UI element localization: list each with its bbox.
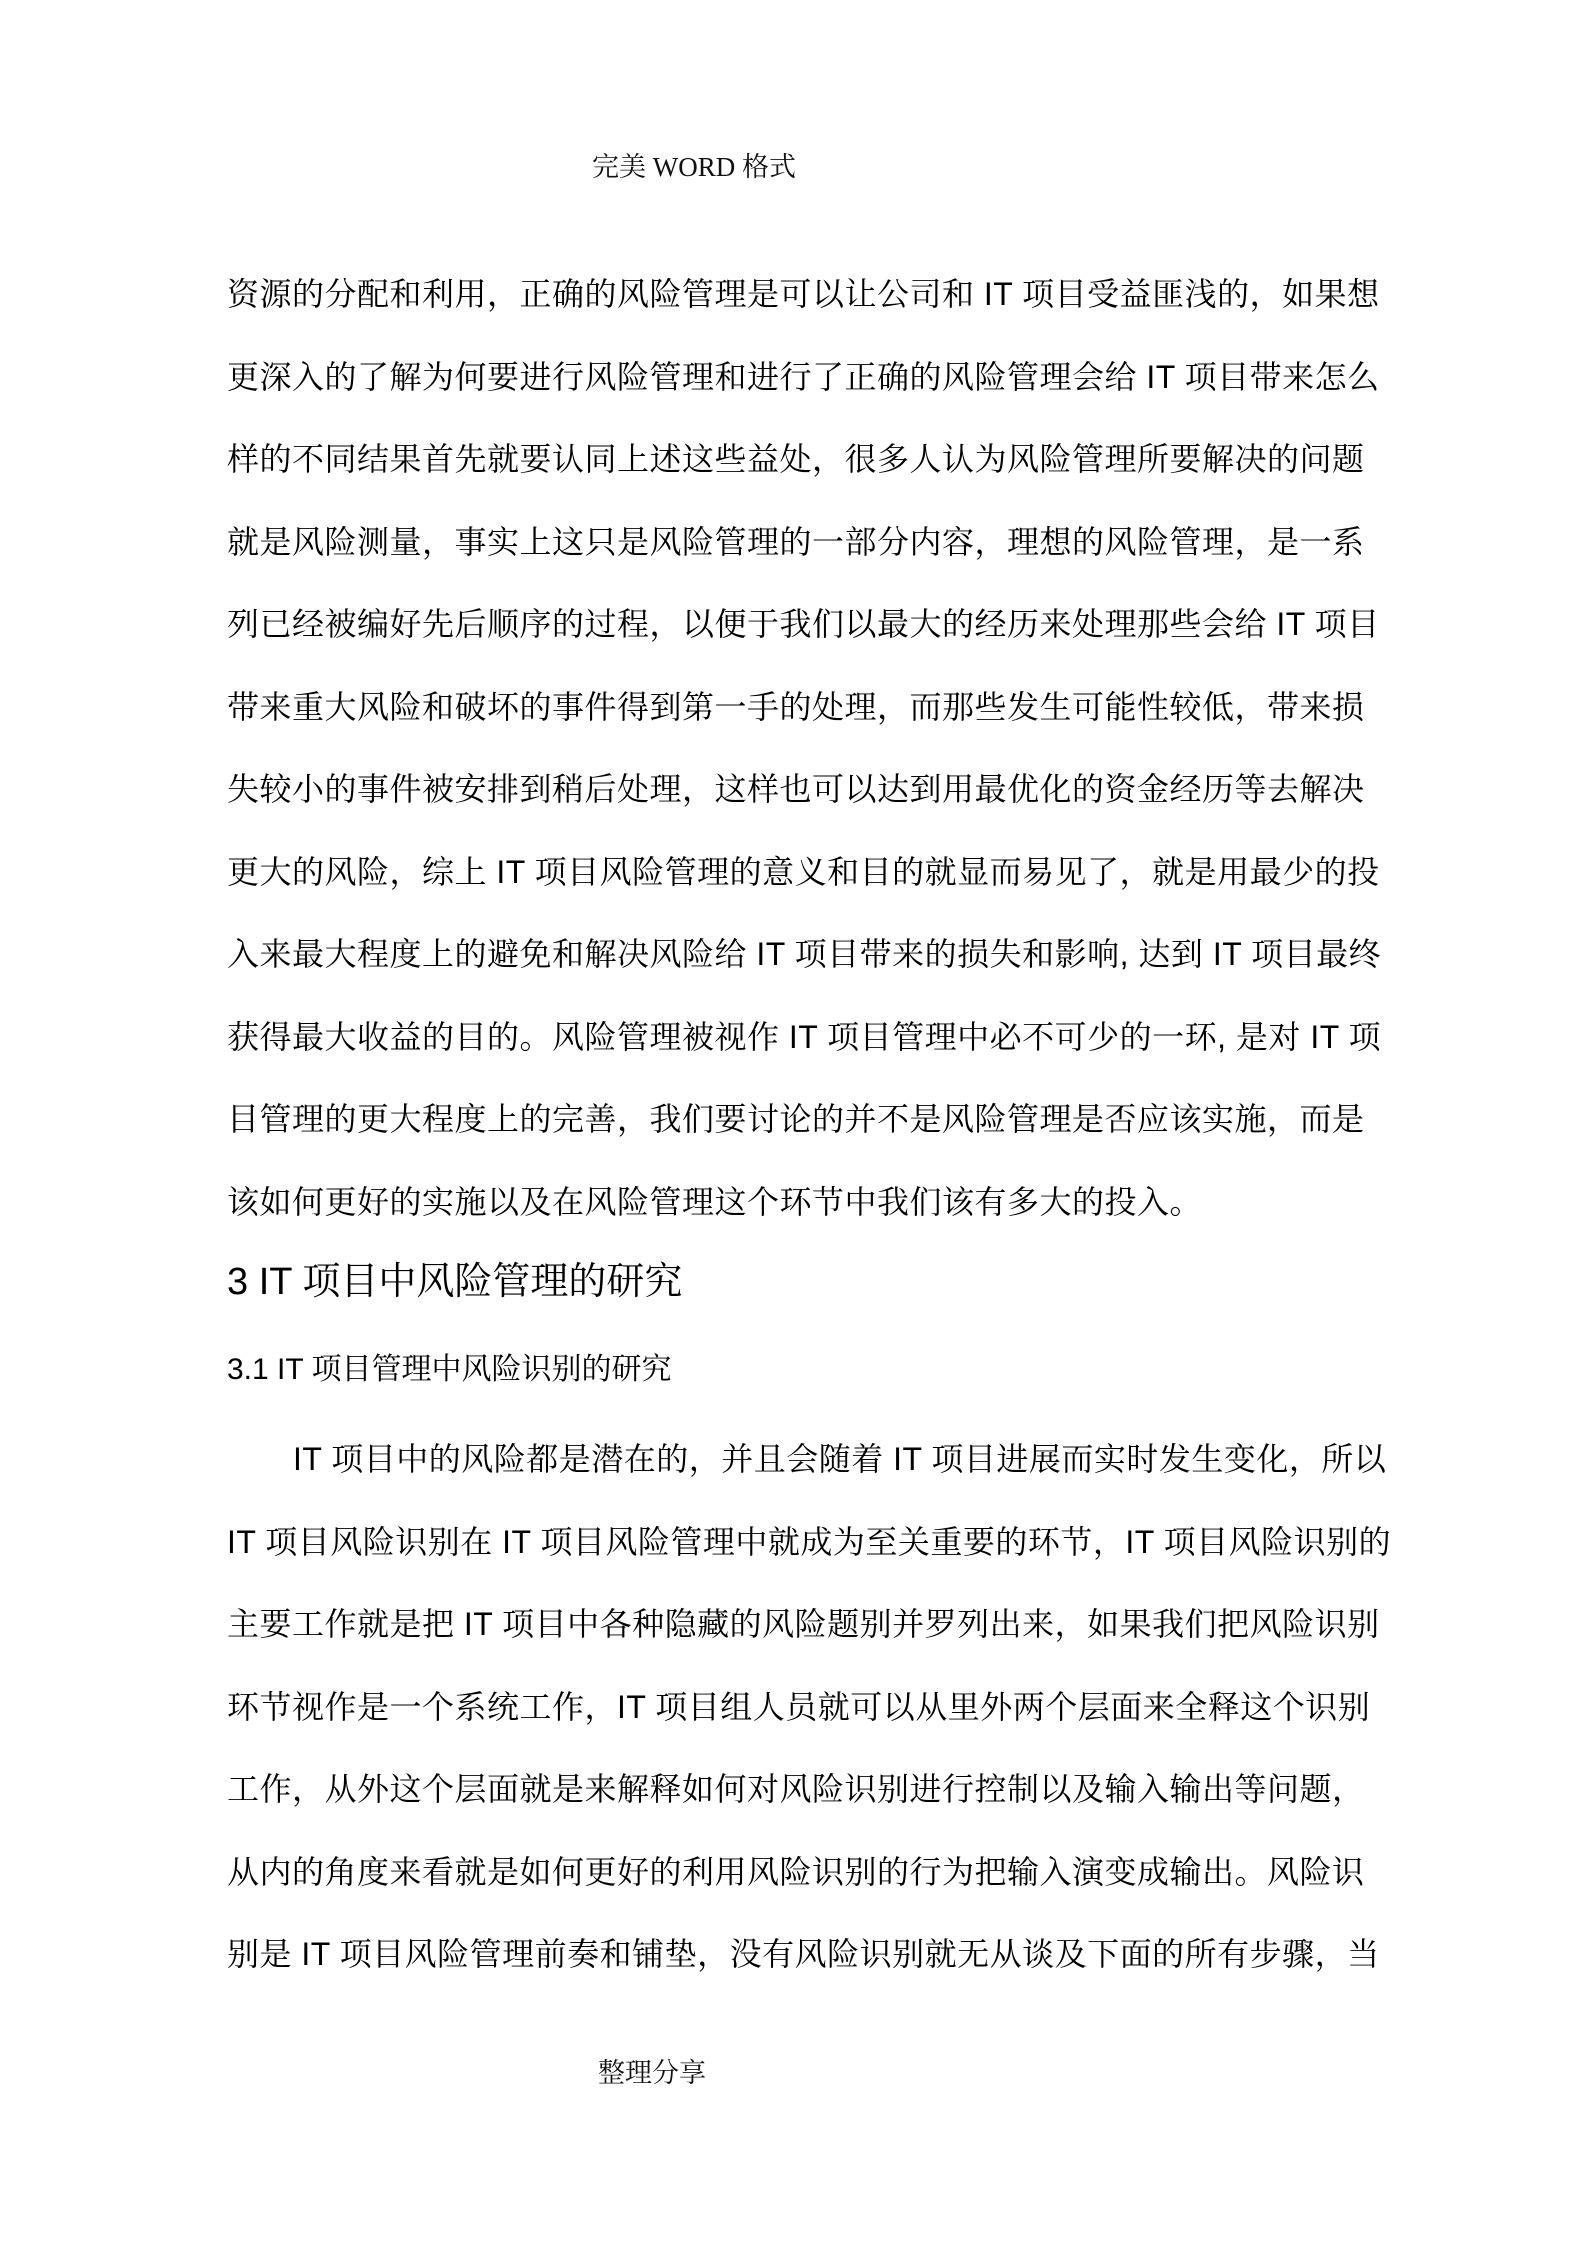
body-line: 带来重大风险和破坏的事件得到第一手的处理，而那些发生可能性较低，带来损	[227, 666, 1447, 749]
body-line: 就是风险测量，事实上这只是风险管理的一部分内容，理想的风险管理，是一系	[227, 501, 1447, 584]
body-line: 资源的分配和利用，正确的风险管理是可以让公司和 IT 项目受益匪浅的，如果想	[227, 253, 1447, 336]
body-line: IT 项目风险识别在 IT 项目风险管理中就成为至关重要的环节，IT 项目风险识…	[227, 1501, 1447, 1584]
body-line: 目管理的更大程度上的完善，我们要讨论的并不是风险管理是否应该实施，而是	[227, 1078, 1447, 1161]
body-line: IT 项目中的风险都是潜在的，并且会随着 IT 项目进展而实时发生变化，所以	[227, 1418, 1447, 1501]
document-page: 完美 WORD 格式 资源的分配和利用，正确的风险管理是可以让公司和 IT 项目…	[0, 0, 1587, 2245]
body-line: 环节视作是一个系统工作，IT 项目组人员就可以从里外两个层面来全释这个识别	[227, 1666, 1447, 1749]
paragraph-risk-management-benefits: 资源的分配和利用，正确的风险管理是可以让公司和 IT 项目受益匪浅的，如果想 更…	[227, 253, 1447, 1243]
body-line: 获得最大收益的目的。风险管理被视作 IT 项目管理中必不可少的一环, 是对 IT…	[227, 996, 1447, 1079]
body-line: 主要工作就是把 IT 项目中各种隐藏的风险题别并罗列出来，如果我们把风险识别	[227, 1583, 1447, 1666]
body-line: 样的不同结果首先就要认同上述这些益处，很多人认为风险管理所要解决的问题	[227, 418, 1447, 501]
body-line: 该如何更好的实施以及在风险管理这个环节中我们该有多大的投入。	[227, 1161, 1447, 1244]
body-line: 更大的风险，综上 IT 项目风险管理的意义和目的就显而易见了，就是用最少的投	[227, 831, 1447, 914]
body-line: 别是 IT 项目风险管理前奏和铺垫，没有风险识别就无从谈及下面的所有步骤，当	[227, 1913, 1447, 1996]
section-heading-3: 3 IT 项目中风险管理的研究	[227, 1256, 682, 1308]
body-line: 工作，从外这个层面就是来解释如何对风险识别进行控制以及输入输出等问题，	[227, 1748, 1447, 1831]
body-line: 从内的角度来看就是如何更好的利用风险识别的行为把输入演变成输出。风险识	[227, 1831, 1447, 1914]
body-line: 列已经被编好先后顺序的过程，以便于我们以最大的经历来处理那些会给 IT 项目	[227, 583, 1447, 666]
body-line: 失较小的事件被安排到稍后处理，这样也可以达到用最优化的资金经历等去解决	[227, 748, 1447, 831]
body-line: 入来最大程度上的避免和解决风险给 IT 项目带来的损失和影响, 达到 IT 项目…	[227, 913, 1447, 996]
body-line: 更深入的了解为何要进行风险管理和进行了正确的风险管理会给 IT 项目带来怎么	[227, 336, 1447, 419]
subsection-heading-3-1: 3.1 IT 项目管理中风险识别的研究	[227, 1348, 672, 1392]
page-footer-text: 整理分享	[598, 2056, 706, 2090]
paragraph-risk-identification: IT 项目中的风险都是潜在的，并且会随着 IT 项目进展而实时发生变化，所以 I…	[227, 1418, 1447, 1996]
page-header-text: 完美 WORD 格式	[592, 150, 796, 184]
